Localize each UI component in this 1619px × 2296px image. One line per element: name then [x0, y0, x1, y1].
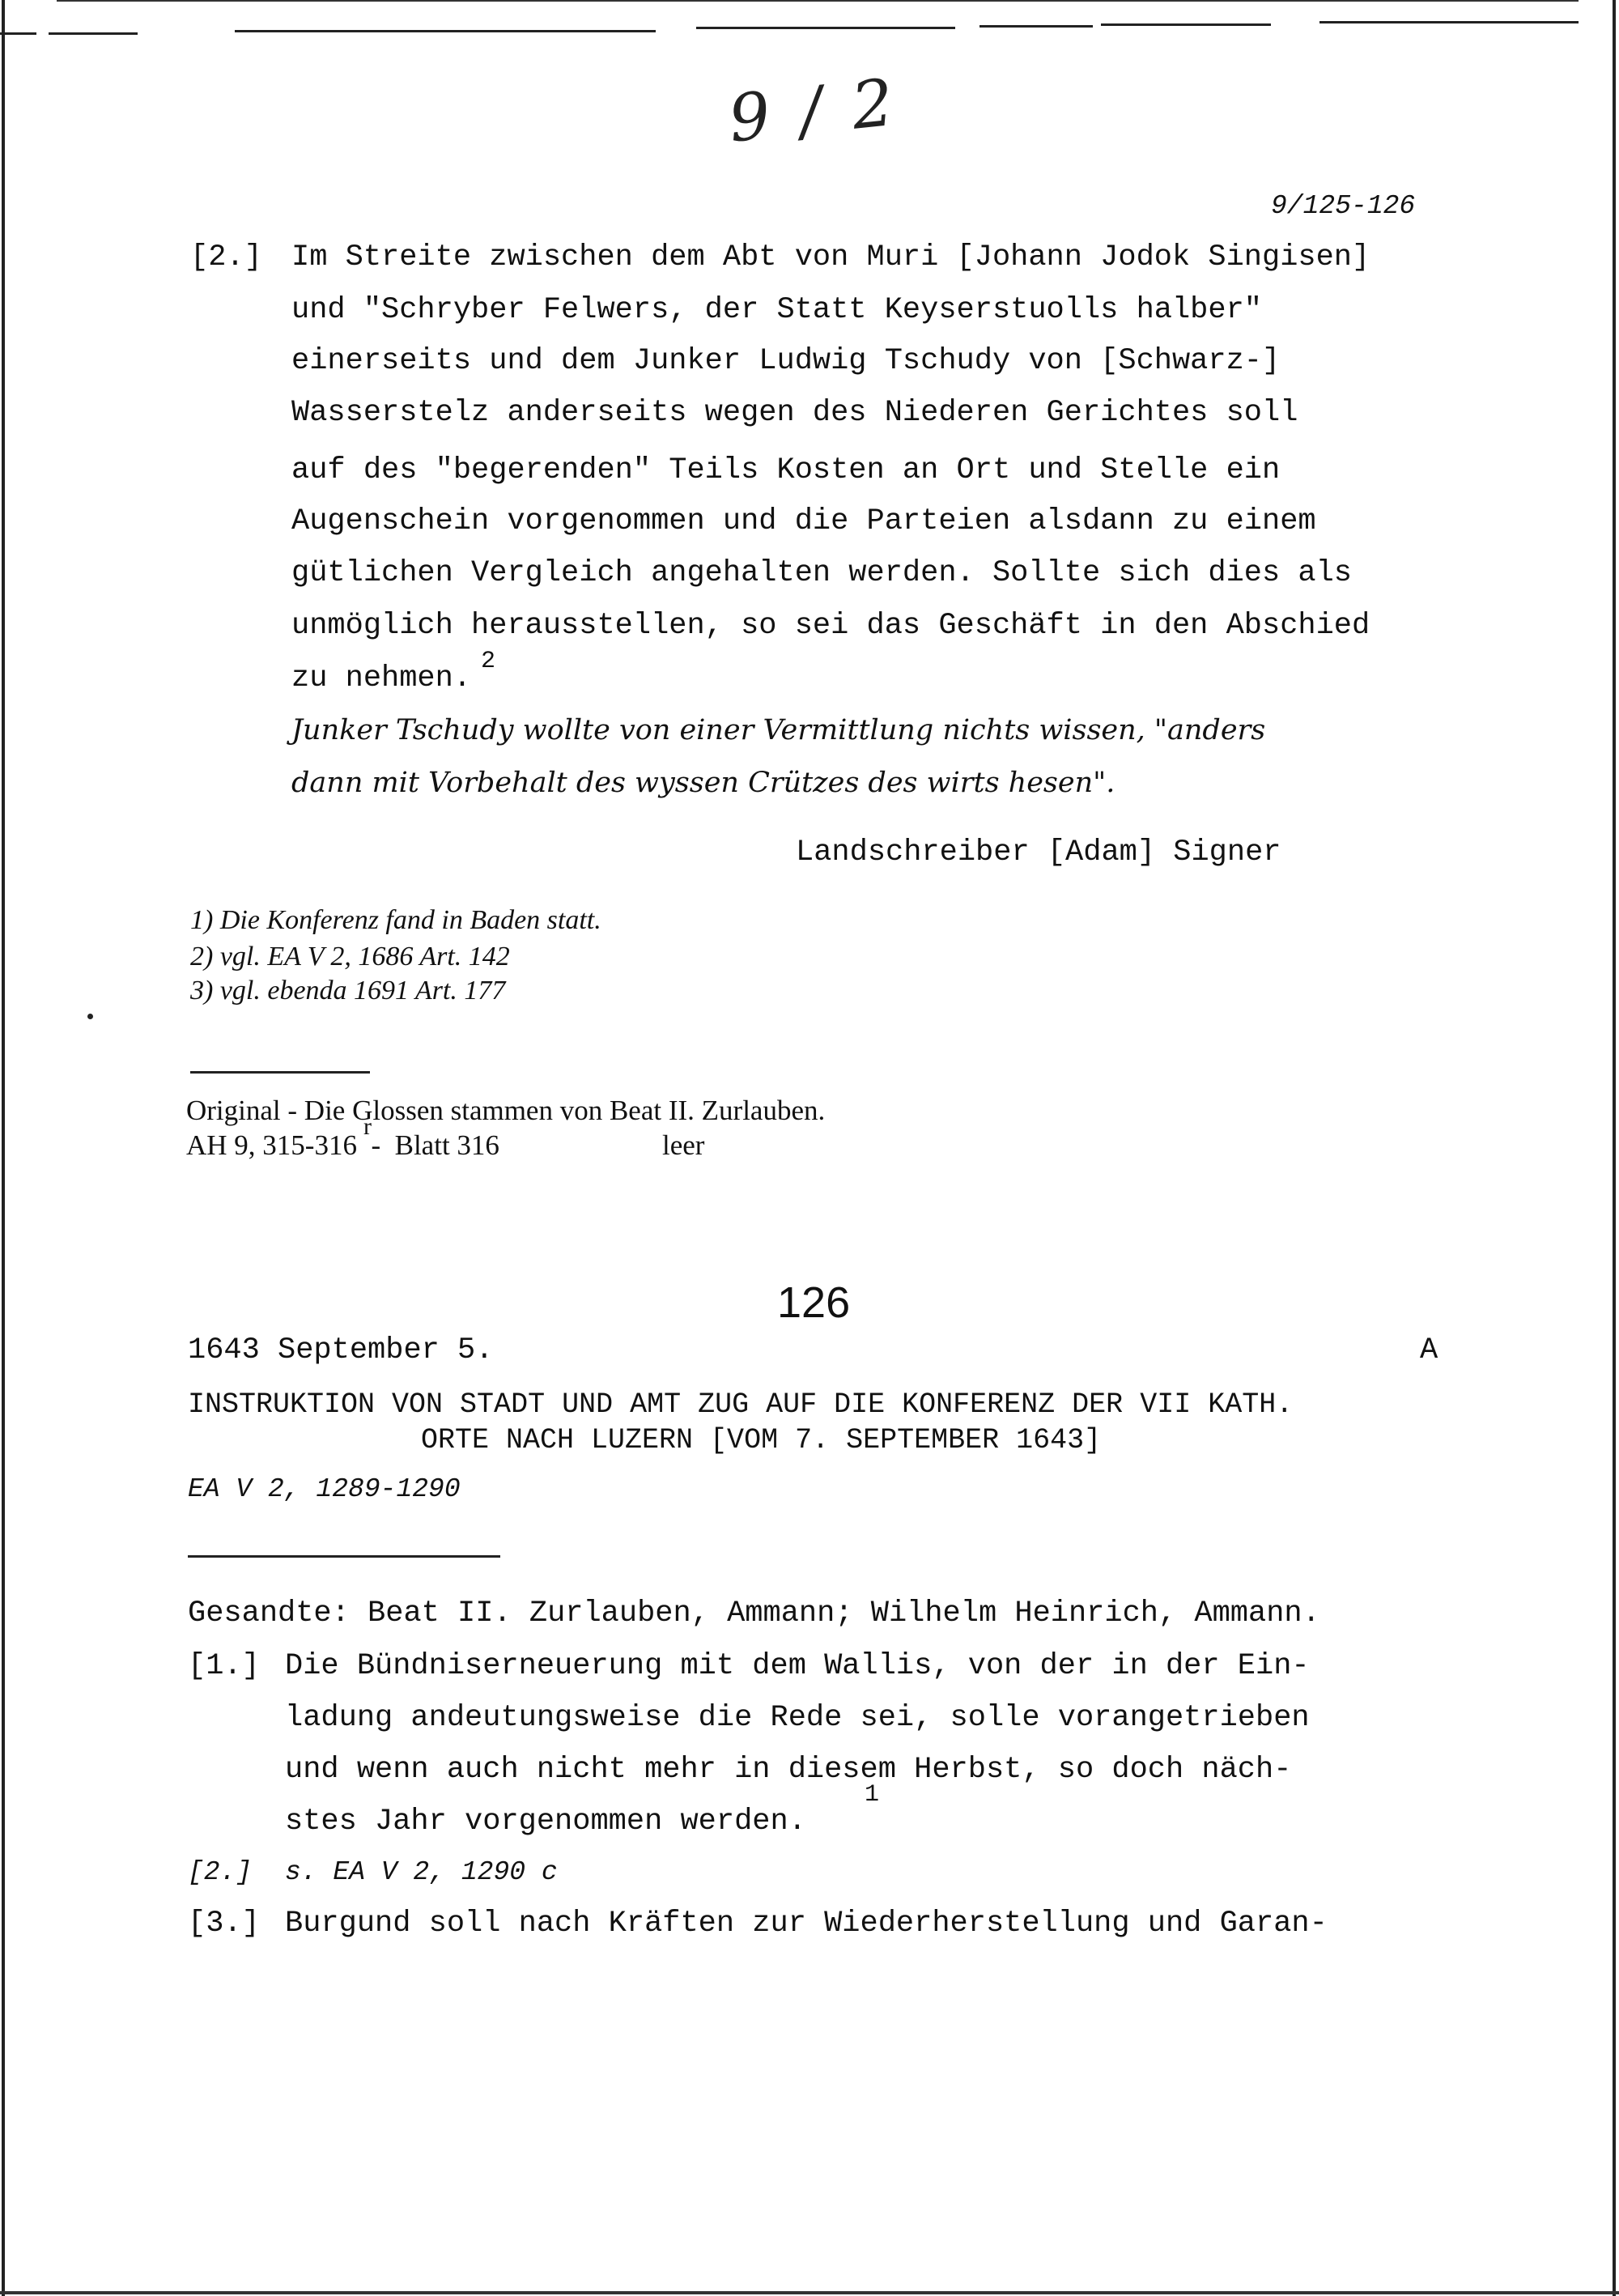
document-title: ORTE NACH LUZERN [VOM 7. SEPTEMBER 1643] — [421, 1426, 1101, 1455]
item-marker: [3.] — [188, 1909, 260, 1939]
item-marker: [1.] — [188, 1652, 260, 1682]
gloss-line: dann mit Vorbehalt des wyssen Crützes de… — [291, 769, 1115, 797]
paragraph-line: stes Jahr vorgenommen werden. — [285, 1807, 806, 1837]
scan-speck — [87, 1014, 93, 1019]
footnote: 1) Die Konferenz fand in Baden statt. — [190, 905, 601, 936]
document-title: INSTRUKTION VON STADT UND AMT ZUG AUF DI… — [188, 1391, 1293, 1419]
footnote-ref: 2 — [481, 648, 495, 675]
source-note: leer — [662, 1129, 704, 1162]
scan-artifact-line — [0, 32, 36, 35]
paragraph-line: einerseits und dem Junker Ludwig Tschudy… — [291, 347, 1280, 376]
footnote-ref: 1 — [865, 1781, 879, 1809]
paragraph-line: gütlichen Vergleich angehalten werden. S… — [291, 559, 1352, 589]
paragraph-line: Wasserstelz anderseits wegen des Niedere… — [291, 398, 1298, 428]
envoys-line: Gesandte: Beat II. Zurlauben, Ammann; Wi… — [188, 1599, 1320, 1629]
paragraph-line: unmöglich herausstellen, so sei das Gesc… — [291, 611, 1370, 641]
source-note: AH 9, 315-316 - Blatt 316 — [186, 1129, 499, 1162]
scan-artifact-line — [696, 27, 955, 29]
scan-artifact-line — [1319, 21, 1579, 23]
paragraph-line: zu nehmen. — [291, 664, 471, 694]
footnote: 2) vgl. EA V 2, 1686 Art. 142 — [190, 942, 510, 972]
document-number: 126 — [777, 1278, 850, 1328]
document-page: 9 / 2 9/125-126 [2.] Im Streite zwischen… — [0, 0, 1619, 2296]
paragraph-line: ladung andeutungsweise die Rede sei, sol… — [285, 1703, 1310, 1733]
document-type-letter: A — [1420, 1336, 1438, 1366]
page-edge-left — [2, 0, 5, 2296]
source-note: Original - Die Glossen stammen von Beat … — [186, 1095, 825, 1127]
item-marker: [2.] — [188, 1859, 252, 1886]
page-edge-right — [1613, 0, 1616, 2296]
separator-rule — [190, 1071, 370, 1074]
scan-artifact-line — [49, 32, 138, 35]
superscript: r — [363, 1113, 372, 1141]
paragraph-line: s. EA V 2, 1290 c — [285, 1859, 558, 1886]
page-edge-top — [57, 0, 1579, 2]
page-reference: 9/125-126 — [1271, 191, 1415, 221]
paragraph-line: und wenn auch nicht mehr in diesem Herbs… — [285, 1755, 1291, 1785]
footnote: 3) vgl. ebenda 1691 Art. 177 — [190, 976, 505, 1006]
document-reference: EA V 2, 1289-1290 — [188, 1476, 461, 1503]
page-edge-bottom — [0, 2291, 1619, 2294]
paragraph-line: Burgund soll nach Kräften zur Wiederhers… — [285, 1909, 1328, 1939]
paragraph-line: Augenschein vorgenommen und die Parteien… — [291, 507, 1316, 537]
document-date: 1643 September 5. — [188, 1336, 493, 1366]
paragraph-line: auf des "begerenden" Teils Kosten an Ort… — [291, 456, 1280, 486]
scan-artifact-line — [235, 30, 656, 32]
paragraph-line: Im Streite zwischen dem Abt von Muri [Jo… — [291, 243, 1370, 273]
item-marker: [2.] — [190, 243, 262, 273]
signature: Landschreiber [Adam] Signer — [796, 838, 1281, 868]
paragraph-line: und "Schryber Felwers, der Statt Keysers… — [291, 296, 1262, 325]
separator-rule — [188, 1555, 500, 1558]
scan-artifact-line — [979, 25, 1093, 28]
scan-artifact-line — [1101, 23, 1271, 26]
handwritten-note: 9 / 2 — [725, 64, 902, 156]
paragraph-line: Die Bündniserneuerung mit dem Wallis, vo… — [285, 1652, 1310, 1682]
gloss-line: Junker Tschudy wollte von einer Vermittl… — [291, 716, 1265, 745]
